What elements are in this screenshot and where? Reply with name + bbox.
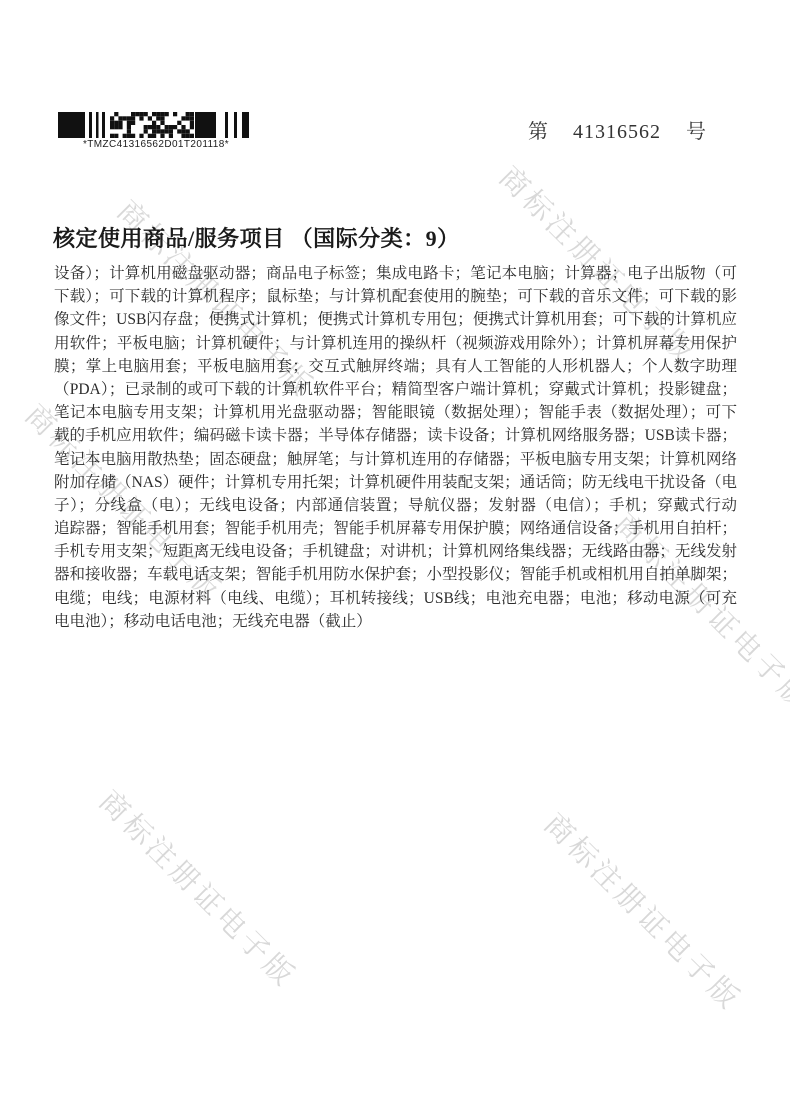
barcode-image — [58, 112, 254, 138]
barcode-code-text: *TMZC41316562D01T201118* — [58, 139, 254, 150]
goods-line: 附加存储（NAS）硬件；计算机专用托架；计算机硬件用装配支架；通话筒；防无线电干… — [54, 471, 737, 494]
goods-line: 设备）；计算机用磁盘驱动器；商品电子标签；集成电路卡；笔记本电脑；计算器；电子出… — [54, 262, 737, 285]
goods-line: 用软件；平板电脑；计算机硬件；与计算机连用的操纵杆（视频游戏用除外）；计算机屏幕… — [54, 332, 737, 355]
certificate-number: 第41316562号 — [528, 115, 706, 144]
certificate-page: 商标注册证电子版 商标注册证电子版 商标注册证电子版 商标注册证电子版 商标注册… — [0, 0, 790, 1118]
goods-line: 膜；掌上电脑用套；平板电脑用套；交互式触屏终端；具有人工智能的人形机器人；个人数… — [54, 355, 737, 378]
goods-line: 载的手机应用软件；编码磁卡读卡器；半导体存储器；读卡设备；计算机网络服务器；US… — [54, 424, 737, 447]
goods-line: 手机专用支架；短距离无线电设备；手机键盘；对讲机；计算机网络集线器；无线路由器；… — [54, 540, 737, 563]
goods-line: 笔记本电脑用散热垫；固态硬盘；触屏笔；与计算机连用的存储器；平板电脑专用支架；计… — [54, 448, 737, 471]
certificate-number-prefix: 第 — [528, 121, 548, 143]
certificate-number-suffix: 号 — [686, 121, 706, 143]
goods-list: 设备）；计算机用磁盘驱动器；商品电子标签；集成电路卡；笔记本电脑；计算器；电子出… — [54, 262, 737, 633]
goods-line: 子）；分线盒（电）；无线电设备；内部通信装置；导航仪器；发射器（电信）；手机；穿… — [54, 494, 737, 517]
section-heading: 核定使用商品/服务项目 （国际分类：9） — [53, 222, 460, 253]
certificate-number-value: 41316562 — [573, 121, 661, 143]
goods-line: 像文件；USB闪存盘；便携式计算机；便携式计算机专用包；便携式计算机用套；可下载… — [54, 308, 737, 331]
goods-line: （PDA）；已录制的或可下载的计算机软件平台；精简型客户端计算机；穿戴式计算机；… — [54, 378, 737, 401]
goods-line: 器和接收器；车载电话支架；智能手机用防水保护套；小型投影仪；智能手机或相机用自拍… — [54, 563, 737, 586]
goods-line: 笔记本电脑专用支架；计算机用光盘驱动器；智能眼镜（数据处理）；智能手表（数据处理… — [54, 401, 737, 424]
goods-line: 电电池）；移动电话电池；无线充电器（截止） — [54, 610, 737, 633]
goods-line: 下载）；可下载的计算机程序；鼠标垫；与计算机配套使用的腕垫；可下载的音乐文件；可… — [54, 285, 737, 308]
barcode: *TMZC41316562D01T201118* — [58, 112, 254, 150]
goods-line: 电缆；电线；电源材料（电线、电缆）；耳机转接线；USB线；电池充电器；电池；移动… — [54, 587, 737, 610]
goods-line: 追踪器；智能手机用套；智能手机用壳；智能手机屏幕专用保护膜；网络通信设备；手机用… — [54, 517, 737, 540]
